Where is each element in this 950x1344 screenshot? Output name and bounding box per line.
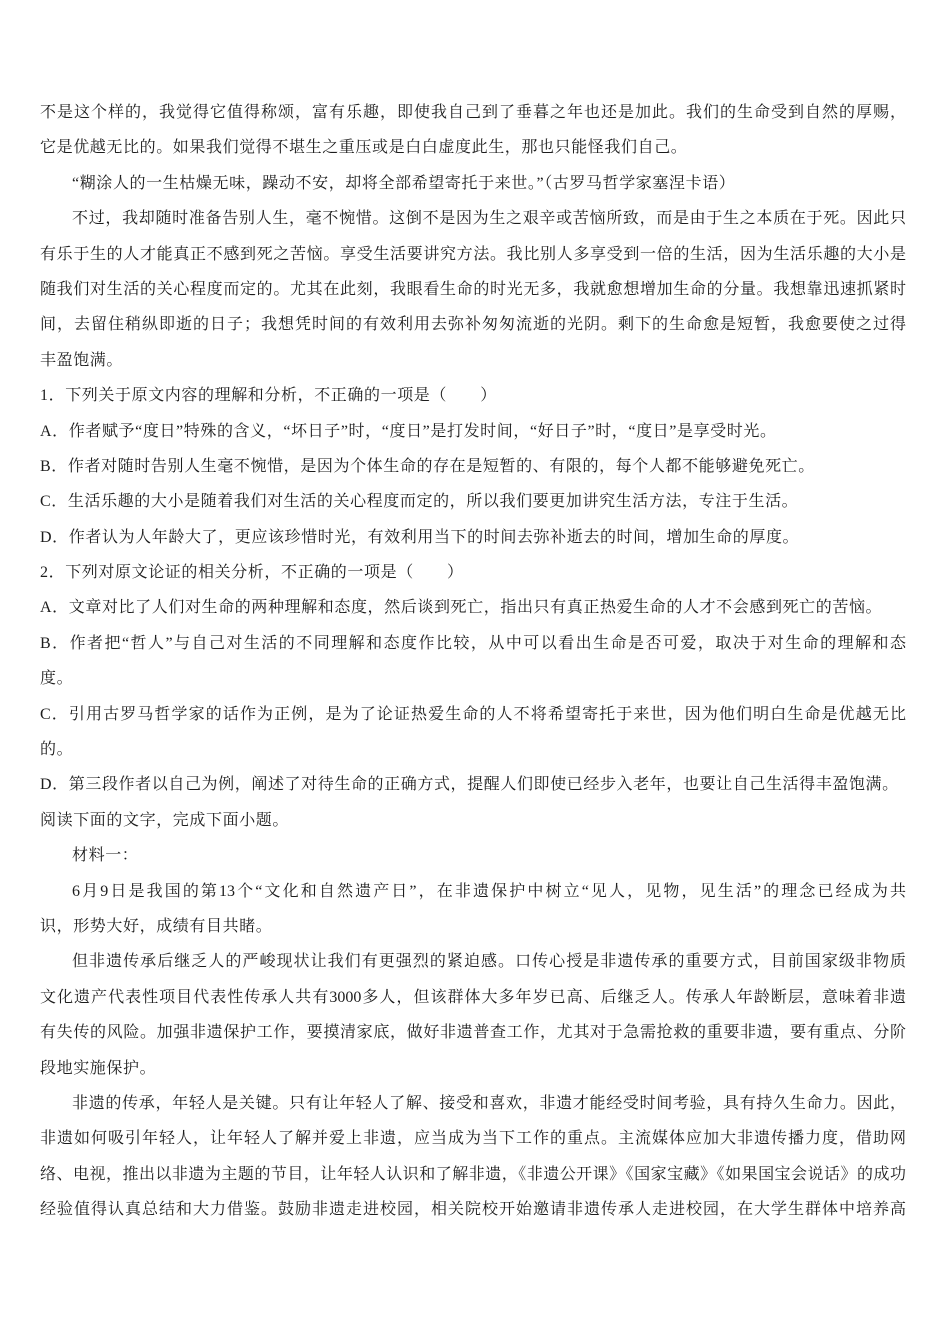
passage-line-end: 丰盈饱满。	[40, 343, 906, 378]
question-2-option-b-cont: 度。	[40, 661, 906, 696]
material-passage-line: 文化遗产代表性项目代表性传承人共有3000多人，但该群体大多年岁已高、后继乏人。…	[40, 980, 906, 1015]
material-passage-line: 6月9日是我国的第13个“文化和自然遗产日”，在非遗保护中树立“见人，见物，见生…	[40, 874, 906, 909]
question-2-option-c: C．引用古罗马哲学家的话作为正例，是为了论证热爱生命的人不将希望寄托于来世，因为…	[40, 697, 906, 732]
question-1-option-b: B．作者对随时告别人生毫不惋惜，是因为个体生命的存在是短暂的、有限的，每个人都不…	[40, 449, 906, 484]
question-2-stem: 2．下列对原文论证的相关分析，不正确的一项是（ ）	[40, 555, 906, 590]
material-passage-line: 非遗如何吸引年轻人，让年轻人了解并爱上非遗，应当成为当下工作的重点。主流媒体应加…	[40, 1121, 906, 1156]
material-passage-line: 经验值得认真总结和大力借鉴。鼓励非遗走进校园，相关院校开始邀请非遗传承人走进校园…	[40, 1192, 906, 1227]
passage-line: 它是优越无比的。如果我们觉得不堪生之重压或是白白虚度此生，那也只能怪我们自己。	[40, 130, 906, 165]
question-2-option-b: B．作者把“哲人”与自己对生活的不同理解和态度作比较，从中可以看出生命是否可爱，…	[40, 626, 906, 661]
passage-line: 间，去留住稍纵即逝的日子；我想凭时间的有效利用去弥补匆匆流逝的光阴。剩下的生命愈…	[40, 307, 906, 342]
material-passage-line: 非遗的传承，年轻人是关键。只有让年轻人了解、接受和喜欢，非遗才能经受时间考验，具…	[40, 1086, 906, 1121]
material-passage-line: 段地实施保护。	[40, 1051, 906, 1086]
material-passage-line: 识，形势大好，成绩有目共睹。	[40, 909, 906, 944]
question-1-option-d: D．作者认为人年龄大了，更应该珍惜时光，有效利用当下的时间去弥补逝去的时间，增加…	[40, 520, 906, 555]
question-2-option-c-cont: 的。	[40, 732, 906, 767]
material-1-heading: 材料一：	[40, 838, 906, 873]
passage-line: 有乐于生的人才能真正不感到死之苦恼。享受生活要讲究方法。我比别人多享受到一倍的生…	[40, 237, 906, 272]
material-passage-line: 有失传的风险。加强非遗保护工作，要摸清家底，做好非遗普查工作，尤其对于急需抢救的…	[40, 1015, 906, 1050]
question-2-option-d: D．第三段作者以自己为例，阐述了对待生命的正确方式，提醒人们即使已经步入老年，也…	[40, 767, 906, 802]
question-1-option-a: A．作者赋予“度日”特殊的含义，“坏日子”时，“度日”是打发时间，“好日子”时，…	[40, 414, 906, 449]
passage-line: 不过，我却随时准备告别人生，毫不惋惜。这倒不是因为生之艰辛或苦恼所致，而是由于生…	[40, 201, 906, 236]
question-1-stem: 1．下列关于原文内容的理解和分析，不正确的一项是（ ）	[40, 378, 906, 413]
quote-line: “糊涂人的一生枯燥无味，躁动不安，却将全部希望寄托于来世。”（古罗马哲学家塞涅卡…	[40, 166, 906, 201]
reading-instruction: 阅读下面的文字，完成下面小题。	[40, 803, 906, 838]
material-passage-line: 但非遗传承后继乏人的严峻现状让我们有更强烈的紧迫感。口传心授是非遗传承的重要方式…	[40, 944, 906, 979]
exam-document-page: 不是这个样的，我觉得它值得称颂，富有乐趣，即使我自己到了垂暮之年也还是加此。我们…	[0, 0, 950, 1344]
question-1-option-c: C．生活乐趣的大小是随着我们对生活的关心程度而定的，所以我们要更加讲究生活方法，…	[40, 484, 906, 519]
passage-line: 随我们对生活的关心程度而定的。尤其在此刻，我眼看生命的时光无多，我就愈想增加生命…	[40, 272, 906, 307]
material-passage-line: 络、电视，推出以非遗为主题的节目，让年轻人认识和了解非遗，《非遗公开课》《国家宝…	[40, 1157, 906, 1192]
passage-line: 不是这个样的，我觉得它值得称颂，富有乐趣，即使我自己到了垂暮之年也还是加此。我们…	[40, 95, 906, 130]
question-2-option-a: A．文章对比了人们对生命的两种理解和态度，然后谈到死亡，指出只有真正热爱生命的人…	[40, 590, 906, 625]
